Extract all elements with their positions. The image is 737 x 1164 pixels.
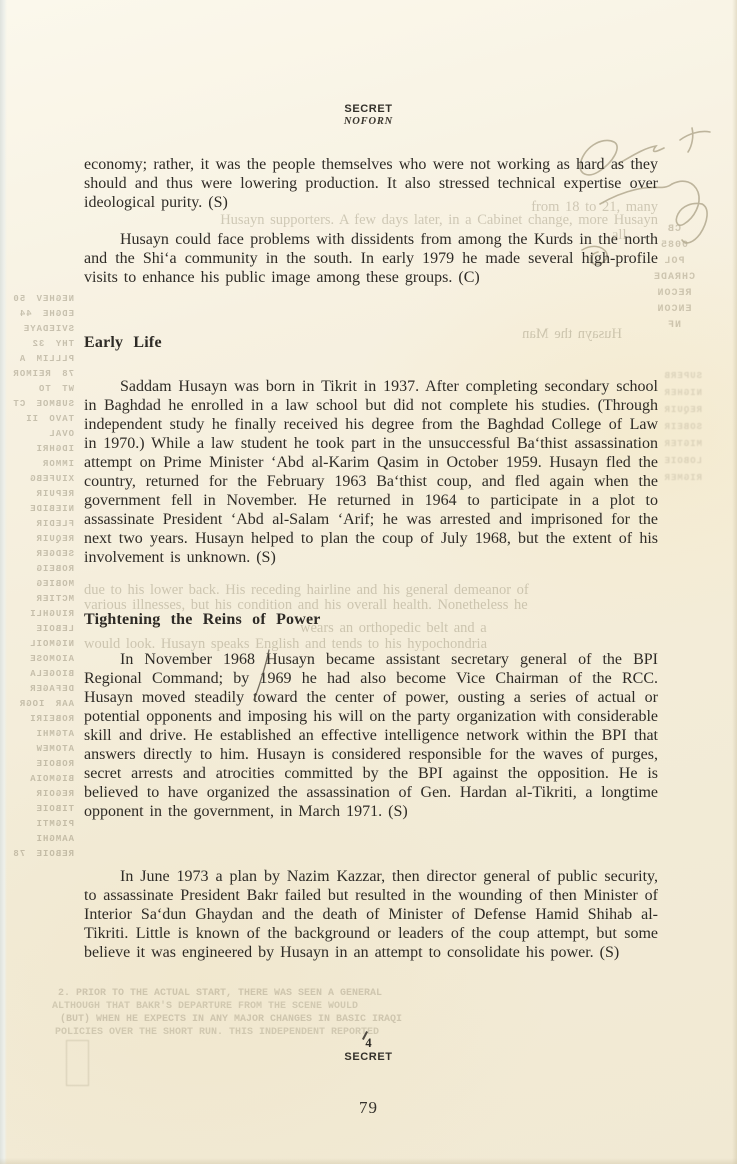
paragraph: In June 1973 a plan by Nazim Kazzar, the… (84, 867, 658, 962)
bleedthrough-line: due to his lower back. His receding hair… (84, 583, 658, 598)
pen-mark-through-command (248, 648, 278, 702)
page-edge-right (732, 0, 737, 1164)
classification-header: SECRET (0, 103, 737, 115)
left-margin-bleedthrough-text: NEGHEV 50 EDGHE 44 SVIEDAYE THY 32 PLLLI… (4, 292, 74, 1014)
paragraph: Husayn could face problems with dissiden… (84, 230, 658, 287)
paragraph: In November 1968 Husayn became assistant… (84, 650, 658, 821)
classification-footer: SECRET (0, 1051, 737, 1063)
caveat-header: NOFORN (0, 116, 737, 127)
paragraph: Saddam Husayn was born in Tikrit in 1937… (84, 377, 658, 567)
paragraph: economy; rather, it was the people thems… (84, 155, 658, 212)
footer-footnote-number: 4 (0, 1036, 737, 1051)
bleedthrough-line: 2. PRIOR TO THE ACTUAL START, THERE WAS … (58, 988, 668, 999)
page-edge-bottom (0, 1158, 737, 1164)
section-heading-early-life: Early Life (84, 334, 658, 352)
bleedthrough-line: (BUT) WHEN HE EXPECTS IN ANY MAJOR CHANG… (60, 1014, 680, 1025)
scanned-document-page: NEGHEV 50 EDGHE 44 SVIEDAYE THY 32 PLLLI… (0, 0, 737, 1164)
bleedthrough-line: ALTHOUGH THAT BAKR'S DEPARTURE FROM THE … (52, 1001, 662, 1012)
page-number: 79 (0, 1098, 737, 1118)
section-heading-tightening-reins: Tightening the Reins of Power (84, 611, 658, 629)
